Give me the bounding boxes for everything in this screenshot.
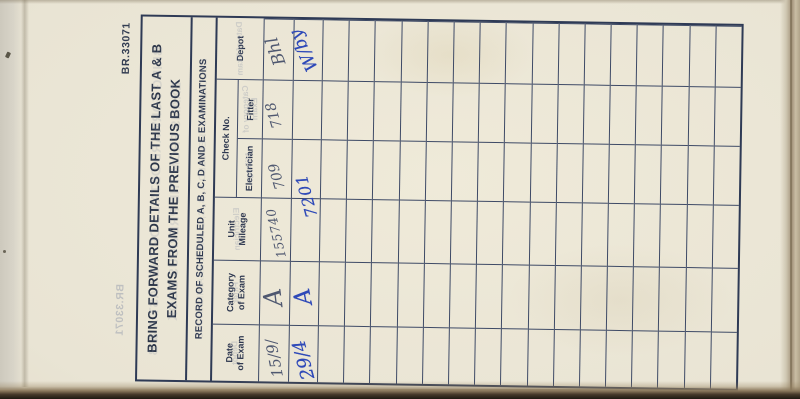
header-fitter-label: Fitter bbox=[245, 98, 256, 121]
cell-unit-mileage: 155740 bbox=[261, 197, 291, 260]
table-cell bbox=[425, 200, 451, 263]
table-cell bbox=[502, 264, 528, 328]
table-cell bbox=[373, 140, 399, 199]
header-category-line1: Category bbox=[225, 273, 236, 312]
table-cell bbox=[714, 145, 740, 204]
table-cell bbox=[531, 84, 557, 143]
table-cell bbox=[685, 331, 711, 388]
header-check-no-label: Check No. bbox=[221, 116, 232, 160]
record-book-photo: BR.33071 BR.33071 BRING FORWARD DETAILS … bbox=[0, 0, 800, 399]
table-cell bbox=[585, 23, 611, 84]
cell-depot: W/by bbox=[294, 19, 323, 80]
table-cell bbox=[661, 145, 687, 204]
header-electrician-label: Electrician bbox=[244, 146, 256, 192]
handwritten-electrician-check: 709 bbox=[266, 161, 289, 191]
table-cell bbox=[371, 262, 397, 326]
table-cell bbox=[427, 21, 453, 82]
header-check-no: Check No. bbox=[215, 80, 239, 197]
table-cell bbox=[633, 266, 659, 330]
photo-top-edge bbox=[0, 0, 800, 4]
handwritten-category: A bbox=[289, 286, 318, 307]
table-cell bbox=[663, 25, 689, 86]
table-cell bbox=[374, 81, 400, 140]
header-date-of-exam: Depot Date of Exam bbox=[212, 324, 259, 382]
table-header-row: Depot Date of Exam Fitter Category of Ex… bbox=[212, 18, 265, 382]
table-cell bbox=[349, 20, 375, 81]
table-cell bbox=[451, 200, 477, 263]
cell-fitter bbox=[293, 80, 322, 139]
table-cell bbox=[715, 86, 741, 145]
table-cell bbox=[503, 201, 529, 264]
table-cell bbox=[346, 199, 372, 262]
table-cell bbox=[321, 139, 347, 198]
header-date-line2: of Exam bbox=[235, 335, 246, 370]
book-bottom-edge bbox=[0, 381, 800, 399]
header-depot: Date of Exam Depot bbox=[217, 18, 264, 80]
table-cell bbox=[345, 262, 371, 326]
header-category-line2: of Exam bbox=[236, 275, 247, 310]
page-crease bbox=[21, 0, 29, 387]
table-cell bbox=[475, 328, 501, 385]
handwritten-date: 15/9/ bbox=[262, 337, 287, 378]
handwritten-mileage: 155740 bbox=[263, 207, 289, 260]
table-cell bbox=[609, 144, 635, 203]
cell-depot: Bhl bbox=[264, 18, 294, 79]
table-cell bbox=[635, 144, 661, 203]
empty-rows bbox=[318, 19, 742, 389]
table-cell bbox=[478, 142, 504, 201]
header-category-of-exam: Fitter Category of Exam bbox=[213, 260, 260, 325]
header-mileage-line1: Unit bbox=[226, 220, 237, 238]
table-cell bbox=[426, 141, 452, 200]
header-mileage-line2: Mileage bbox=[237, 212, 248, 245]
table-cell bbox=[318, 325, 344, 382]
table-cell bbox=[554, 329, 580, 386]
table-cell bbox=[557, 143, 583, 202]
table-cell bbox=[584, 84, 610, 143]
table-cell bbox=[347, 140, 373, 199]
handwritten-fitter-check: 718 bbox=[263, 100, 286, 130]
cell-fitter: 718 bbox=[263, 79, 293, 138]
table-cell bbox=[375, 20, 401, 81]
table-cell bbox=[504, 142, 530, 201]
table-cell bbox=[427, 82, 453, 141]
table-cell bbox=[397, 263, 423, 327]
table-cell bbox=[716, 25, 742, 86]
table-cell bbox=[477, 201, 503, 264]
cell-date: 29/4 bbox=[289, 325, 318, 382]
table-cell bbox=[400, 82, 426, 141]
table-cell bbox=[529, 202, 555, 265]
form-number: BR.33071 bbox=[120, 22, 133, 74]
form-title-ghost: BRING FORWARD DETAILS OF THE LAST A & B … bbox=[138, 19, 192, 383]
table-cell bbox=[688, 86, 714, 145]
header-check-no-subcolumns: Mileage Electrician Category of Exam Fit… bbox=[237, 80, 263, 197]
table-cell bbox=[660, 204, 686, 267]
table-cell bbox=[476, 264, 502, 328]
table-cell bbox=[452, 141, 478, 200]
table-cell bbox=[399, 141, 425, 200]
table-cell bbox=[453, 82, 479, 141]
table-cell bbox=[611, 24, 637, 85]
table-cell bbox=[713, 204, 739, 267]
table-cell bbox=[685, 267, 711, 331]
handwritten-depot: Bhl bbox=[262, 34, 290, 68]
header-fitter: Category of Exam Fitter bbox=[238, 80, 263, 139]
table-cell bbox=[398, 200, 424, 263]
table-cell bbox=[689, 25, 715, 86]
cell-electrician: 7201 bbox=[292, 139, 321, 198]
table-cell bbox=[712, 267, 738, 331]
cell-electrician: 709 bbox=[262, 138, 292, 197]
table-cell bbox=[687, 145, 713, 204]
table-row-empty bbox=[711, 25, 742, 388]
table-cell bbox=[454, 21, 480, 82]
table-cell bbox=[607, 266, 633, 330]
table-cell bbox=[348, 81, 374, 140]
table-cell bbox=[632, 330, 658, 387]
header-unit-mileage: Electrician Unit Mileage bbox=[214, 197, 261, 261]
header-check-no-group: Check No. Mileage Electrician Category o… bbox=[215, 79, 263, 198]
cell-category: A bbox=[260, 260, 290, 324]
table-cell bbox=[449, 327, 475, 384]
table-cell bbox=[322, 80, 348, 139]
table-cell bbox=[555, 265, 581, 329]
table-cell bbox=[658, 331, 684, 388]
header-depot-label: Depot bbox=[235, 36, 246, 62]
table-cell bbox=[556, 202, 582, 265]
form-title: BRING FORWARD DETAILS OF THE LAST A & B … bbox=[137, 16, 193, 380]
table-cell bbox=[401, 21, 427, 82]
table-cell bbox=[606, 330, 632, 387]
table-cell bbox=[581, 265, 607, 329]
table-cell bbox=[319, 261, 345, 325]
form-number-ghost: BR.33071 bbox=[114, 284, 127, 336]
cell-category: A bbox=[290, 261, 319, 325]
table-cell bbox=[320, 198, 346, 261]
table-cell bbox=[636, 85, 662, 144]
table-cell bbox=[372, 199, 398, 262]
handwritten-category: A bbox=[257, 287, 288, 309]
table-cell bbox=[506, 22, 532, 83]
table-cell bbox=[423, 327, 449, 384]
table-cell bbox=[557, 84, 583, 143]
handwritten-date: 29/4 bbox=[288, 338, 319, 382]
table-cell bbox=[480, 22, 506, 83]
table-cell bbox=[532, 23, 558, 84]
document-page: BR.33071 BR.33071 BRING FORWARD DETAILS … bbox=[110, 14, 749, 391]
table-cell bbox=[580, 329, 606, 386]
table-cell bbox=[450, 263, 476, 327]
table-cell bbox=[558, 23, 584, 84]
header-date-line1: Date bbox=[225, 343, 236, 363]
table-body: 15/9/ A 155740 709 718 Bhl bbox=[259, 18, 742, 388]
table-cell bbox=[424, 263, 450, 327]
form-title-ghost-line2: EXAMS FROM THE PREVIOUS BOOK bbox=[163, 82, 186, 322]
table-cell bbox=[370, 326, 396, 383]
table-cell bbox=[397, 327, 423, 384]
table-cell bbox=[662, 86, 688, 145]
table-cell bbox=[637, 24, 663, 85]
form-outline: BRING FORWARD DETAILS OF THE LAST A & B … bbox=[135, 14, 744, 390]
table-cell bbox=[505, 83, 531, 142]
table-cell bbox=[610, 85, 636, 144]
page-stack-seam bbox=[790, 0, 792, 391]
table-cell bbox=[634, 203, 660, 266]
paper-speck bbox=[3, 250, 6, 253]
table-cell bbox=[501, 328, 527, 385]
table-cell bbox=[344, 326, 370, 383]
table-cell bbox=[528, 265, 554, 329]
table-cell bbox=[527, 329, 553, 386]
header-electrician: Mileage Electrician bbox=[237, 138, 262, 197]
table-cell bbox=[479, 83, 505, 142]
table-cell bbox=[686, 204, 712, 267]
table-cell bbox=[530, 143, 556, 202]
table-cell bbox=[583, 143, 609, 202]
table-cell bbox=[323, 19, 349, 80]
table-cell bbox=[582, 202, 608, 265]
table-cell bbox=[659, 267, 685, 331]
table-cell bbox=[608, 203, 634, 266]
cell-date: 15/9/ bbox=[259, 324, 289, 381]
